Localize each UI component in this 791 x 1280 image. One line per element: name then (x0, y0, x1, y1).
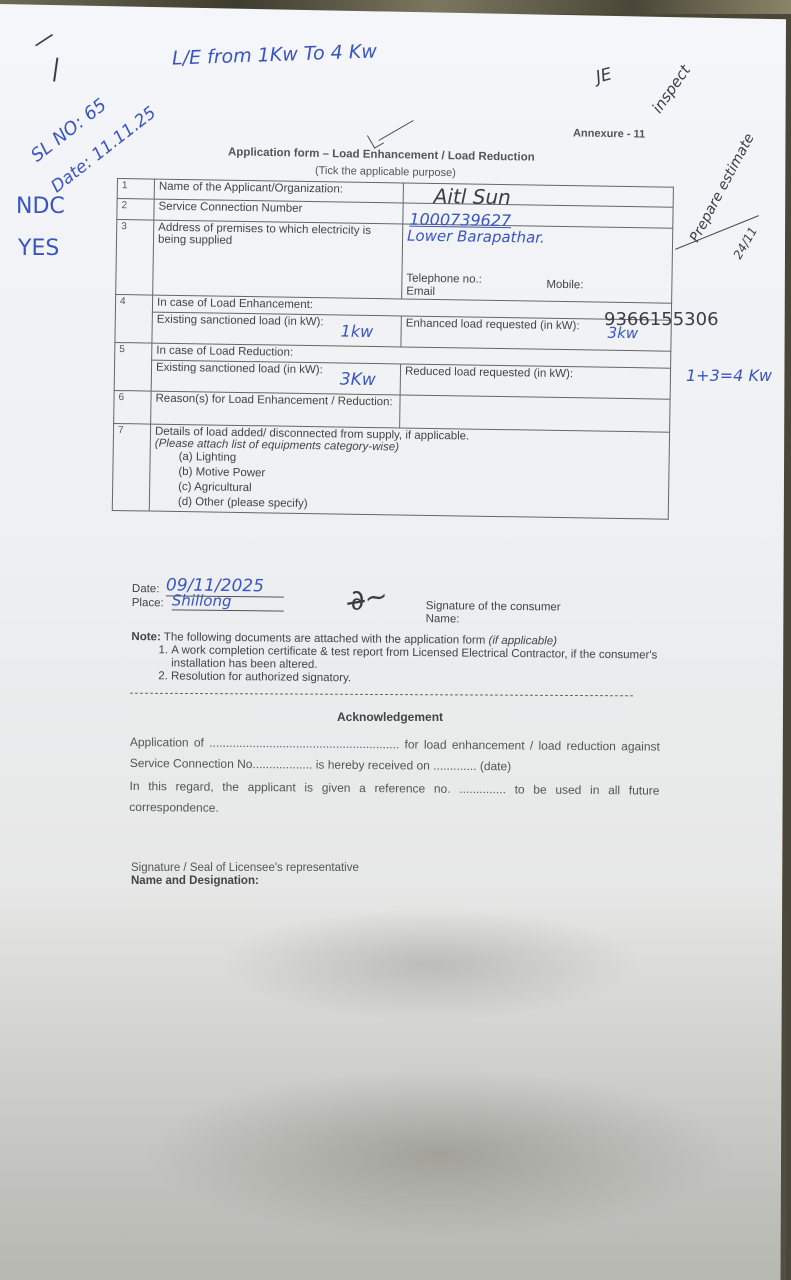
field-label: Address of premises to which electricity… (153, 220, 403, 299)
form-row-load-details: 7 Details of load added/ disconnected fr… (112, 423, 669, 519)
row-number: 5 (114, 342, 152, 391)
note-italic: (if applicable) (488, 635, 557, 648)
form-row-address: 3 Address of premises to which electrici… (116, 220, 673, 304)
email-label: Email (406, 286, 435, 298)
name-designation-label: Name and Designation: (131, 875, 359, 888)
existing-load-value: 1kw (340, 322, 373, 342)
reason-field[interactable] (400, 395, 670, 432)
acknowledgement-body: Application of .........................… (129, 732, 660, 823)
note-section: Note: The following documents are attach… (131, 631, 672, 689)
field-label: Reason(s) for Load Enhancement / Reducti… (151, 391, 400, 428)
licensee-signature-block: Signature / Seal of Licensee's represent… (131, 862, 359, 888)
enhanced-load-label: Enhanced load requested (in kW): (406, 318, 580, 333)
reduction-existing-load-value: 3Kw (340, 370, 376, 391)
existing-load-field[interactable]: Existing sanctioned load (in kW): 1kw (152, 312, 401, 347)
row-number: 7 (112, 423, 150, 511)
place-row: Place: (132, 597, 164, 609)
row-number: 1 (117, 179, 154, 200)
row-number: 3 (116, 220, 154, 296)
address-field[interactable]: Lower Barapathar. Telephone no.: Email M… (402, 224, 673, 303)
place-value[interactable]: Shillong (172, 591, 284, 611)
row-number: 2 (117, 199, 154, 221)
consumer-signature-mark: ∂̶~ (347, 579, 390, 618)
handwritten-ndc-status: YES (18, 236, 59, 261)
name-label: Name: (426, 613, 561, 627)
consumer-signature-section: Date: 09/11/2025 Place: Shillong ∂̶~ Sig… (131, 583, 692, 709)
row-number: 6 (114, 390, 152, 424)
row-number: 4 (115, 294, 153, 343)
load-details-cell: Details of load added/ disconnected from… (149, 424, 669, 519)
telephone-label: Telephone no.: (406, 273, 482, 286)
date-row: Date: (132, 583, 160, 595)
handwritten-load-calculation: 1+3=4 Kw (686, 366, 772, 385)
place-label: Place: (132, 597, 164, 609)
reduced-load-field[interactable]: Reduced load requested (in kW): (400, 364, 670, 399)
acknowledgement-title: Acknowledgement (337, 710, 443, 724)
reduced-load-label: Reduced load requested (in kW): (405, 366, 573, 381)
application-form-table: 1 Name of the Applicant/Organization: Ai… (111, 178, 674, 580)
annexure-label: Annexure - 11 (573, 127, 645, 140)
licensee-signature-label: Signature / Seal of Licensee's represent… (131, 862, 359, 875)
acknowledgement-paragraph: In this regard, the applicant is given a… (129, 776, 659, 823)
handwritten-ndc: NDC (16, 194, 65, 219)
contact-labels: Telephone no.: Email (406, 273, 482, 300)
signature-labels: Signature of the consumer Name: (426, 600, 561, 627)
paper-shadow (0, 880, 786, 1280)
mobile-number-value: 9366155306 (604, 309, 719, 330)
reduction-existing-load-field[interactable]: Existing sanctioned load (in kW): 3Kw (151, 360, 400, 395)
note-label: Note: (131, 631, 161, 643)
acknowledgement-paragraph: Application of .........................… (130, 732, 660, 779)
form-subtitle: (Tick the applicable purpose) (315, 165, 456, 179)
address-value: Lower Barapathar. (407, 227, 545, 247)
load-category-list: (a) Lighting (b) Motive Power (c) Agricu… (154, 450, 665, 518)
date-label: Date: (132, 583, 160, 595)
existing-load-label: Existing sanctioned load (in kW): (157, 314, 324, 329)
reduction-existing-load-label: Existing sanctioned load (in kW): (156, 362, 323, 377)
mobile-label: Mobile: (546, 279, 583, 292)
